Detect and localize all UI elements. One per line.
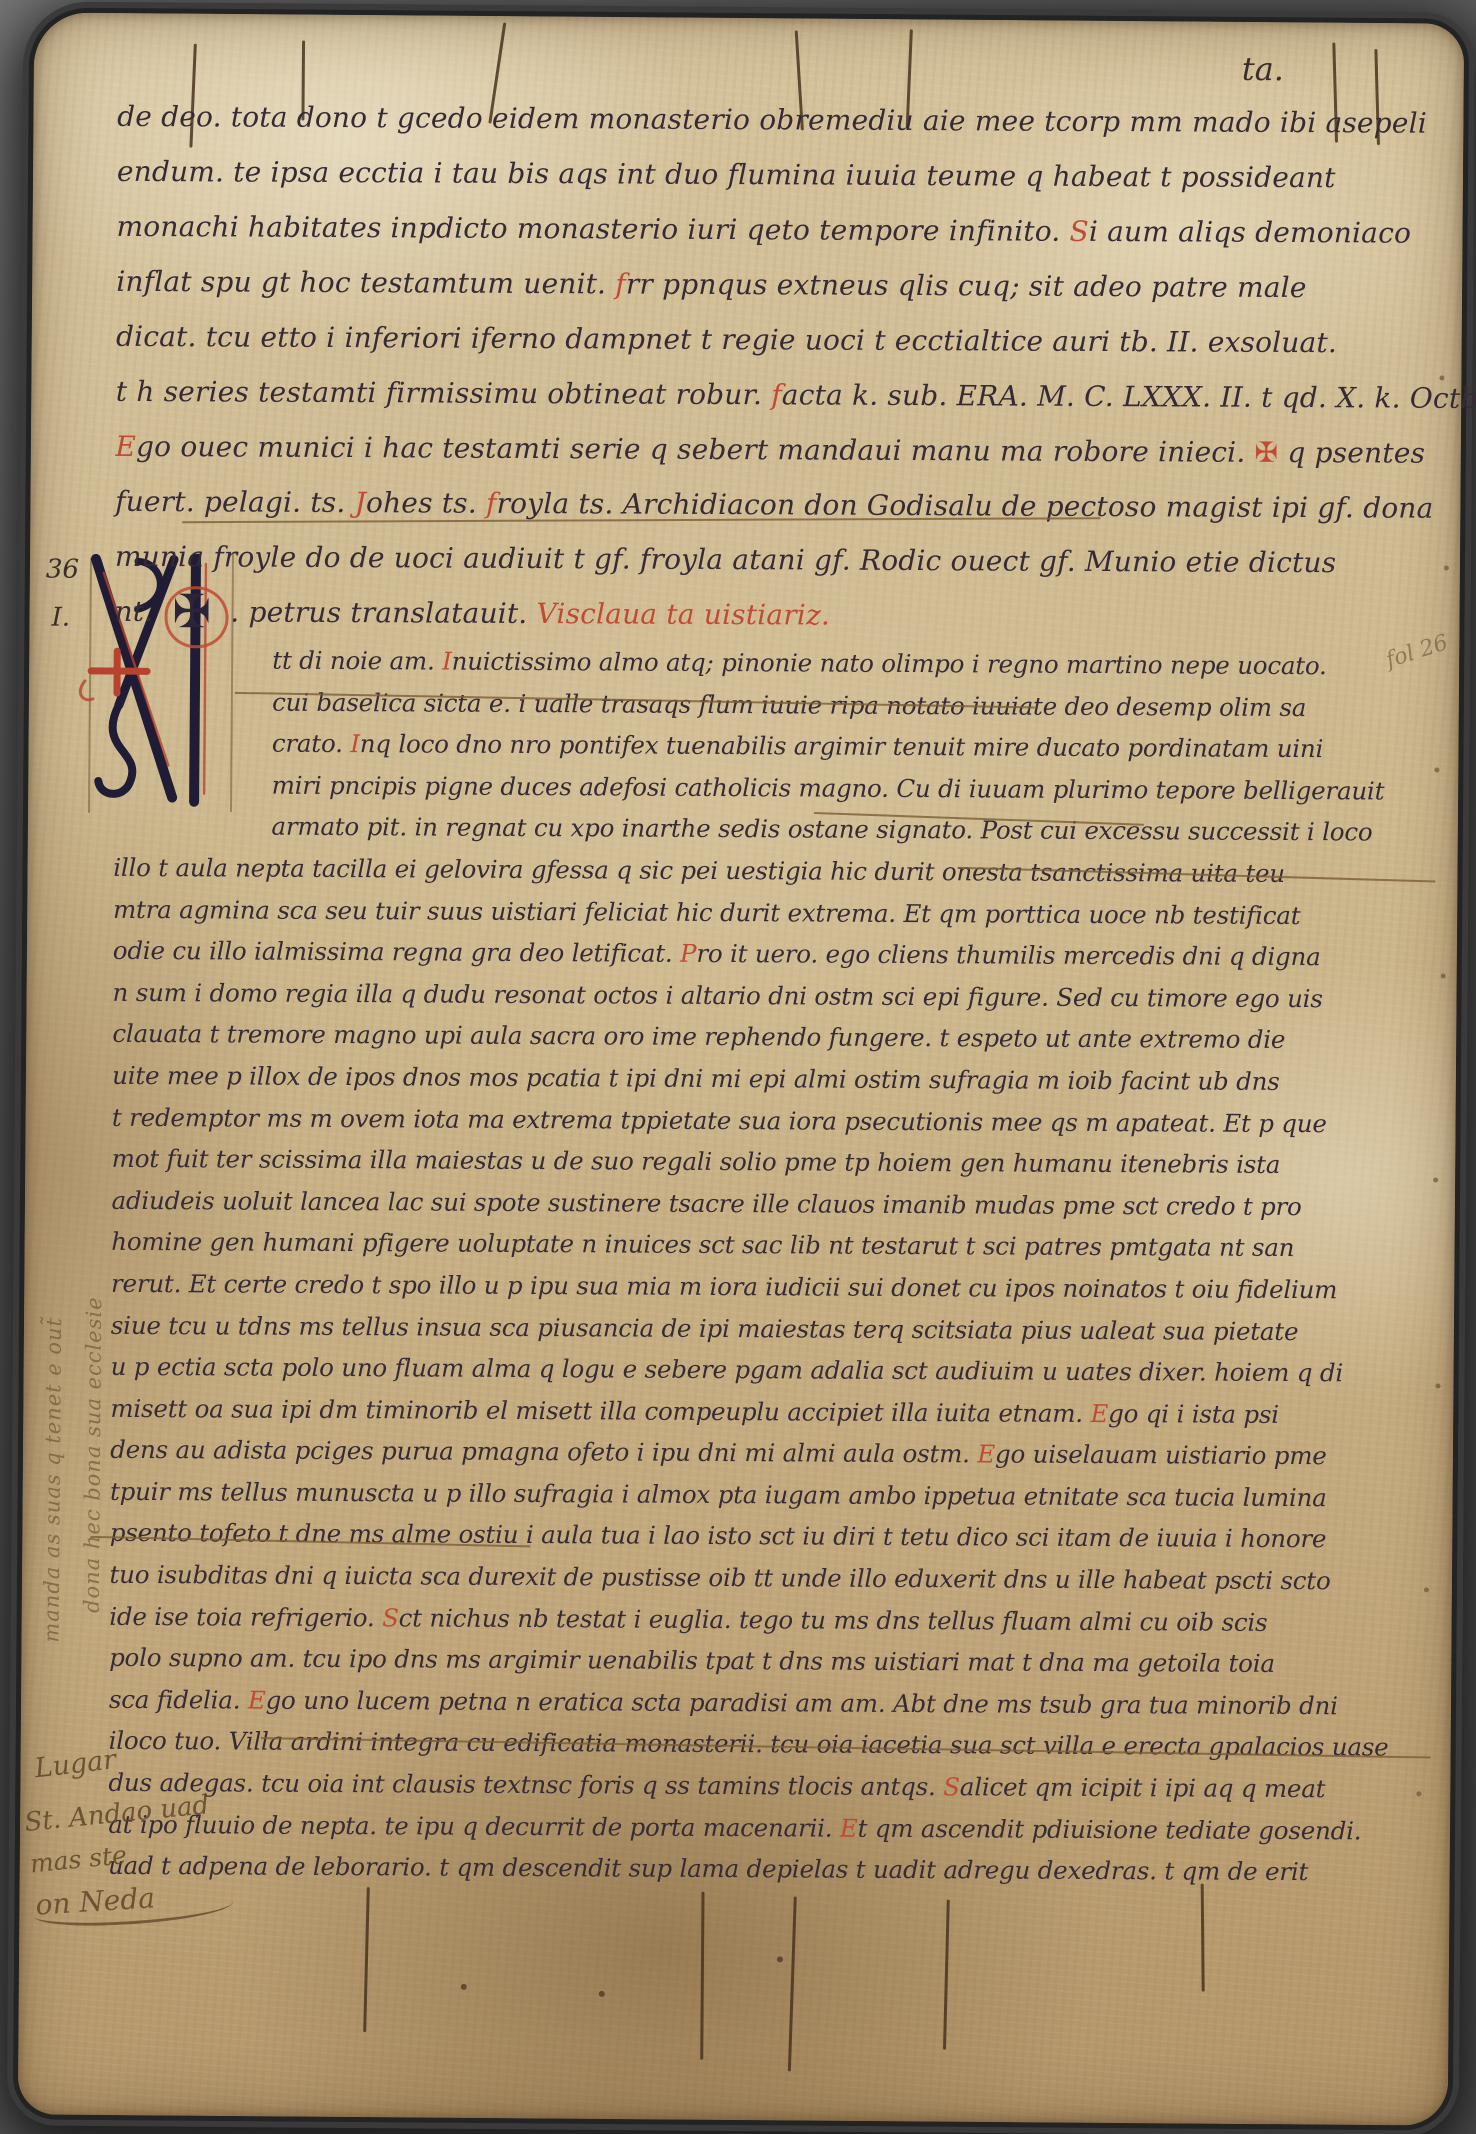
pen-stroke xyxy=(943,1900,950,2050)
text-block: de deo. tota dono t gcedo eidem monaster… xyxy=(108,89,1467,1894)
text-line: mtra agmina sca seu tuir suus uistiari f… xyxy=(113,888,1463,937)
parchment-page: ta. 36 I. xyxy=(18,12,1464,2125)
text-line: de deo. tota dono t gcedo eidem monaster… xyxy=(117,89,1467,151)
text-line: tuo isubditas dni q iuicta sca durexit d… xyxy=(109,1554,1459,1603)
text-line: sca fidelia. Ego uno lucem petna n erati… xyxy=(109,1679,1459,1728)
pricking-hole xyxy=(1439,375,1444,380)
witness-cross-icon: ✠ xyxy=(1255,436,1279,469)
pricking-hole xyxy=(1434,767,1439,772)
text-line: inflat spu gt hoc testamtum uenit. frr p… xyxy=(116,254,1466,316)
pen-stroke xyxy=(363,1887,370,2032)
folio-number: ta. xyxy=(1242,50,1284,88)
pricking-hole xyxy=(1436,1383,1441,1388)
pen-stroke xyxy=(700,1892,704,2060)
text-line: dens au adista pciges purua pmagna ofeto… xyxy=(110,1429,1460,1478)
pen-stroke xyxy=(1201,1884,1205,1992)
margin-item-number: I. xyxy=(51,603,70,633)
pricking-hole xyxy=(1444,566,1449,571)
text-line: endum. te ipsa ecctia i tau bis aqs int … xyxy=(117,144,1467,206)
text-line: n sum i domo regia illa q dudu resonat o… xyxy=(112,972,1462,1021)
text-line: illo t aula nepta tacilla ei gelovira gf… xyxy=(113,847,1463,896)
text-line: crato. Inq loco dno nro pontifex tuenabi… xyxy=(272,723,1464,771)
marginal-note-vertical: manda as suas q tenet e out̃ xyxy=(39,1317,66,1643)
signature-cross-icon: ✠ xyxy=(162,596,221,626)
text-line: clauata t tremore magno upi aula sacra o… xyxy=(112,1013,1462,1062)
text-line: tpuir ms tellus munuscta u p illo sufrag… xyxy=(110,1471,1460,1520)
pricking-hole xyxy=(1424,1587,1429,1592)
marginal-note-cursive: Lugar xyxy=(33,1744,118,1784)
text-line: munia froyle do de uoci audiuit t gf. fr… xyxy=(115,529,1465,591)
text-line: at ipo fluuio de nepta. te ipu q decurri… xyxy=(108,1803,1458,1852)
text-line: dus adegas. tcu oia int clausis textnsc … xyxy=(108,1762,1458,1811)
pricking-hole xyxy=(1433,1177,1438,1182)
text-line: ide ise toia refrigerio. Sct nichus nb t… xyxy=(109,1595,1459,1644)
text-line: nt. ✠ . petrus translatauit. Visclaua ta… xyxy=(114,584,1464,646)
text-line: t redemptor ms m ovem iota ma extrema tp… xyxy=(112,1096,1462,1145)
text-line: Ego ouec munici i hac testamti serie q s… xyxy=(115,419,1465,481)
text-line: iloco tuo. Villa ardini integra cu edifi… xyxy=(109,1720,1459,1769)
text-line: tt di noie am. Inuictissimo almo atq; pi… xyxy=(272,640,1464,688)
text-line: misett oa sua ipi dm timinorib el misett… xyxy=(110,1388,1460,1437)
text-line: adiudeis uoluit lancea lac sui spote sus… xyxy=(111,1180,1461,1229)
text-line: rerut. Et certe credo t spo illo u p ipu… xyxy=(111,1263,1461,1312)
text-line: polo supno am. tcu ipo dns ms argimir ue… xyxy=(109,1637,1459,1686)
pen-stroke xyxy=(788,1896,797,2071)
text-line: t h series testamti firmissimu obtineat … xyxy=(116,364,1466,426)
text-line: homine gen humani pfigere uoluptate n in… xyxy=(111,1221,1461,1270)
manuscript-photo: ta. 36 I. xyxy=(0,0,1476,2134)
text-line: monachi habitates inpdicto monasterio iu… xyxy=(116,199,1466,261)
pricking-hole xyxy=(1441,973,1446,978)
text-line: uite mee p illox de ipos dnos mos pcatia… xyxy=(112,1055,1462,1104)
ink-dot xyxy=(599,1991,605,1997)
text-line: dicat. tcu etto i inferiori iferno dampn… xyxy=(116,309,1466,371)
text-line: odie cu illo ialmissima regna gra deo le… xyxy=(113,930,1463,979)
text-line: u p ectia scta polo uno fluam alma q log… xyxy=(111,1346,1461,1395)
text-line: fuert. pelagi. ts. Johes ts. froyla ts. … xyxy=(115,474,1465,536)
text-line: siue tcu u tdns ms tellus insua sca pius… xyxy=(111,1304,1461,1353)
marginal-note-vertical: dona hec bona sua ecclesie xyxy=(80,1296,106,1613)
ink-dot xyxy=(777,1956,783,1962)
ink-dot xyxy=(461,1984,467,1990)
text-line: mot fuit ter scissima illa maiestas u de… xyxy=(112,1138,1462,1187)
text-line: psento tofeto t dne ms alme ostiu i aula… xyxy=(110,1512,1460,1561)
text-line: uad t adpena de leborario. t qm descendi… xyxy=(108,1845,1458,1894)
text-line: miri pncipis pigne duces adefosi catholi… xyxy=(272,764,1464,812)
pricking-hole xyxy=(1416,1791,1421,1796)
